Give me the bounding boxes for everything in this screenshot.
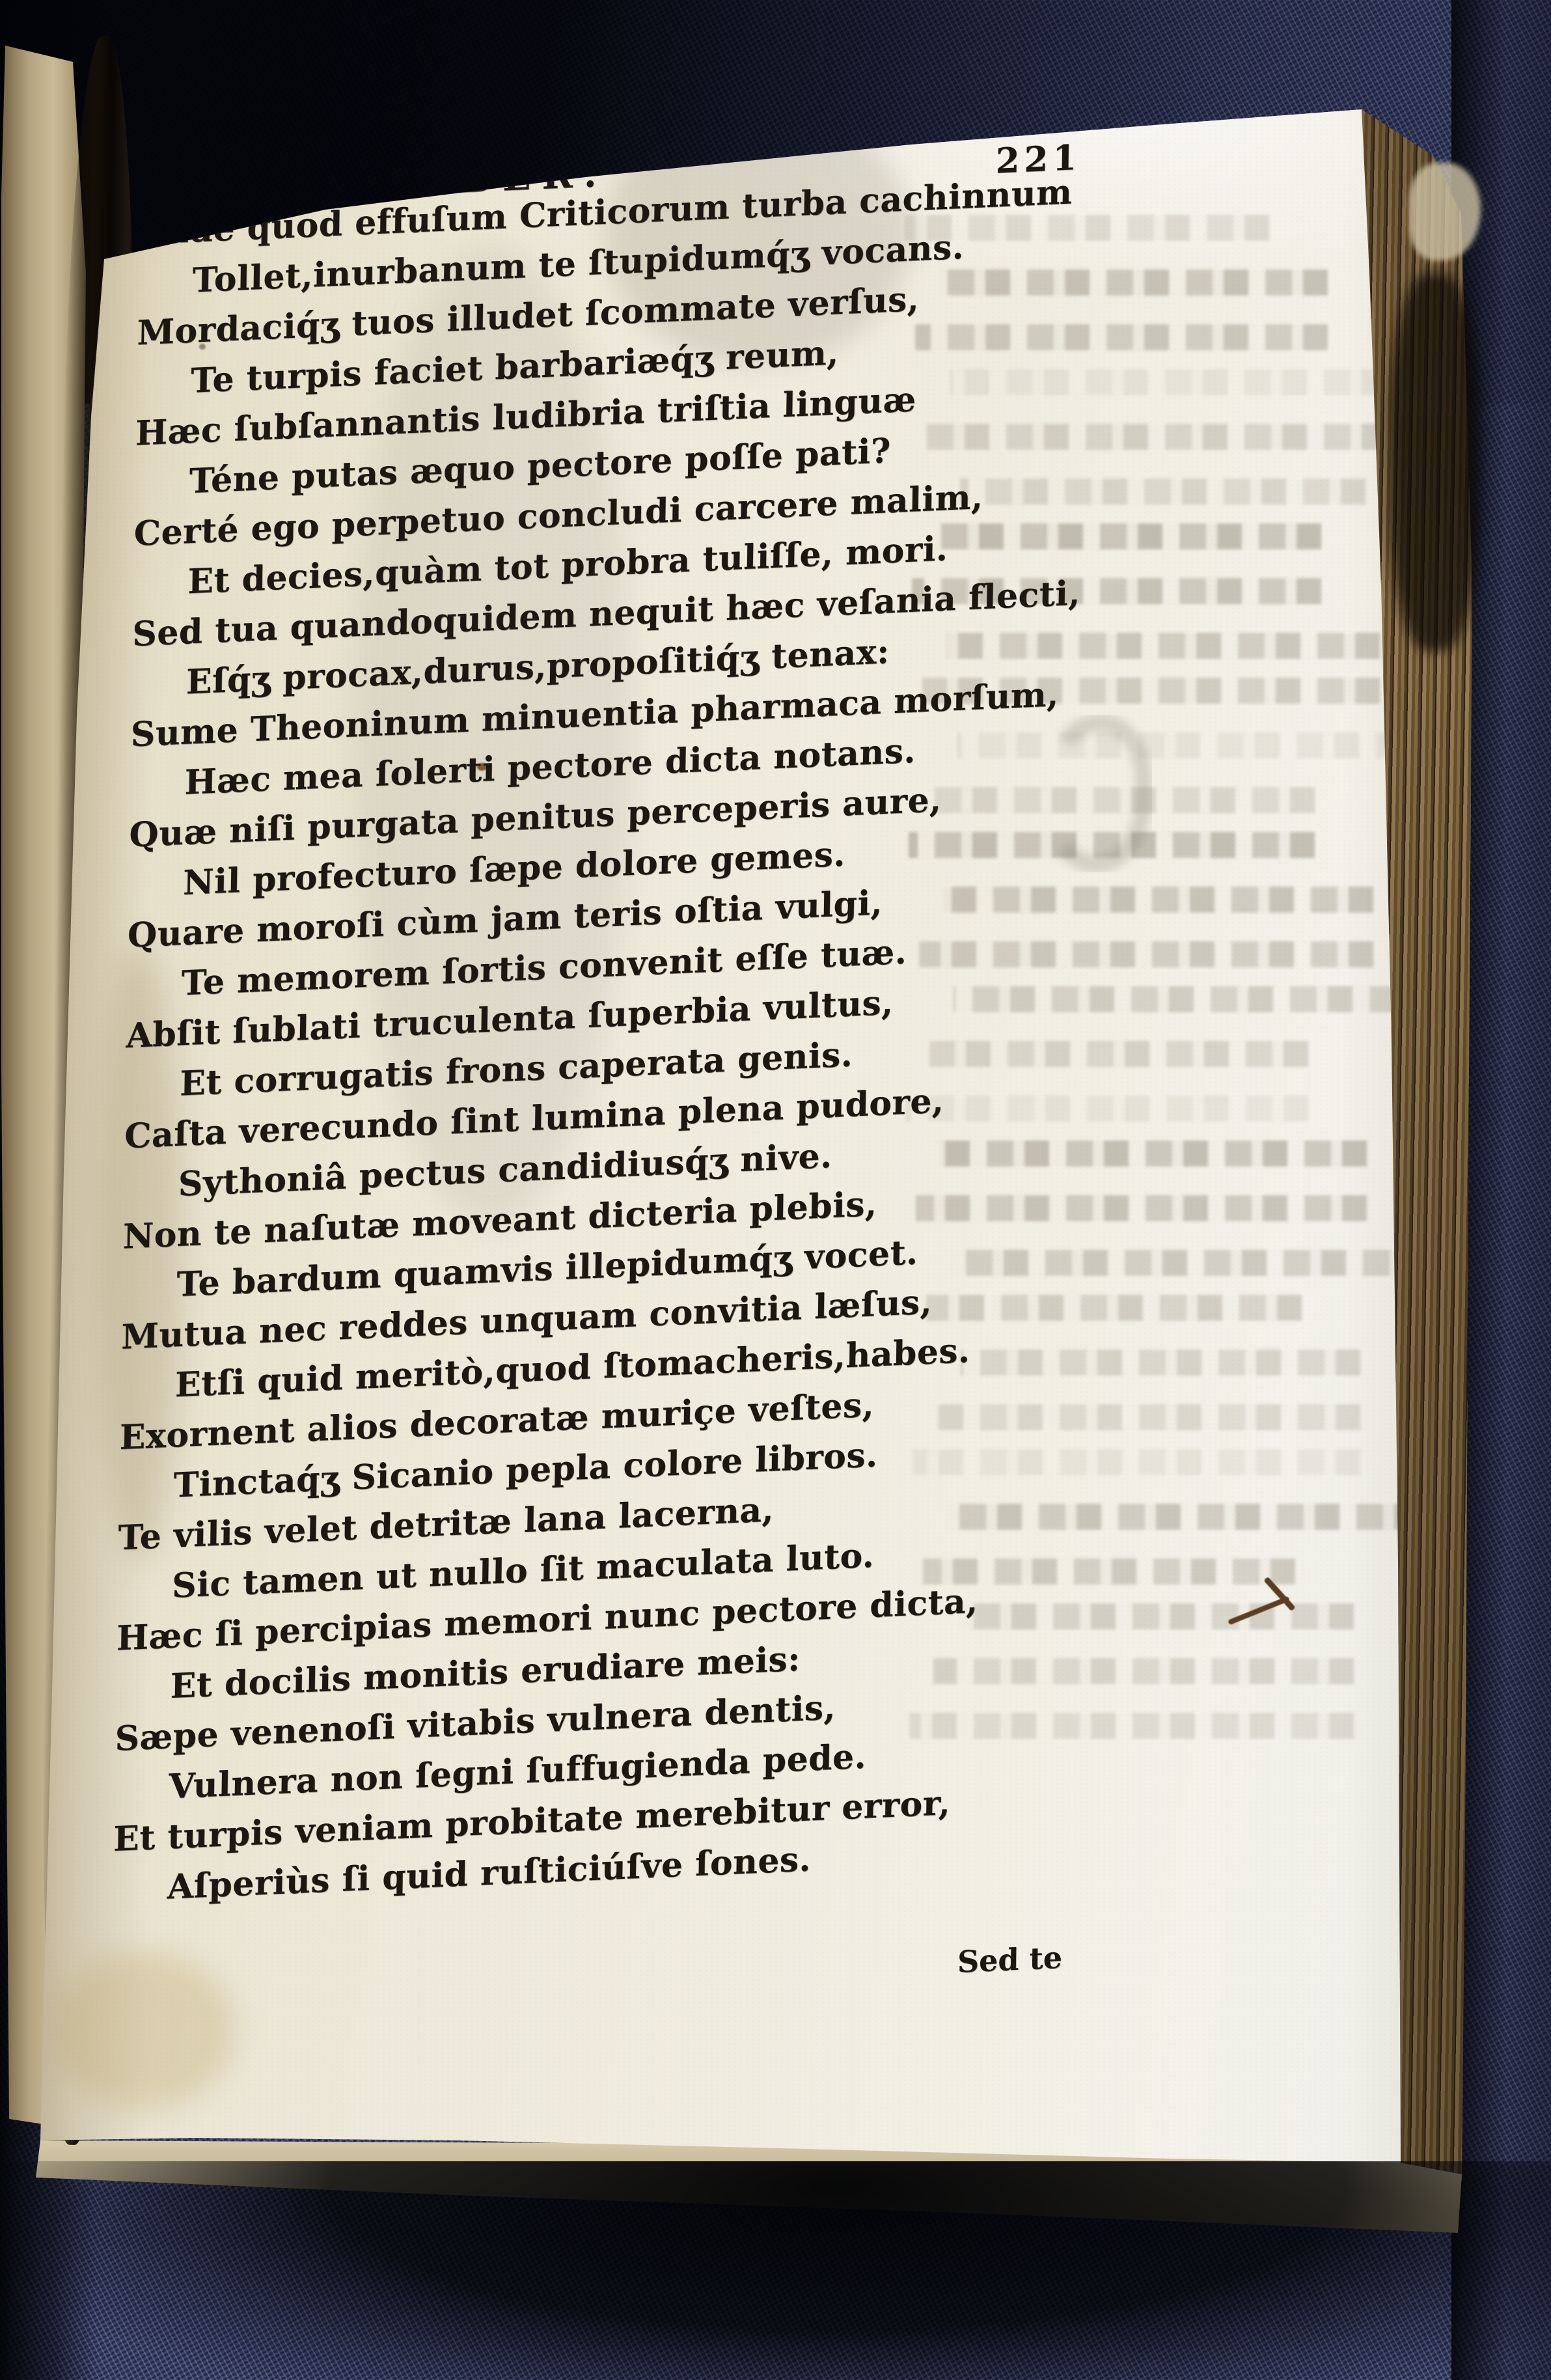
printed-text-block: LIBER. 221 Adde quod effuſum Criticorum …: [94, 109, 1119, 2017]
fore-edge-shadow: [1390, 273, 1481, 651]
verse-text: Adde quod effuſum Criticorum turba cachi…: [96, 165, 1118, 1915]
ink-mark-stroke: [1228, 1596, 1290, 1626]
cloth-shadow-bottom: [0, 2161, 1551, 2380]
book-page: LIBER. 221 Adde quod effuſum Criticorum …: [0, 0, 1551, 2380]
page-number: 221: [995, 137, 1081, 182]
book-photo: LIBER. 221 Adde quod effuſum Criticorum …: [0, 0, 1551, 2380]
ink-mark: [1225, 1581, 1310, 1639]
